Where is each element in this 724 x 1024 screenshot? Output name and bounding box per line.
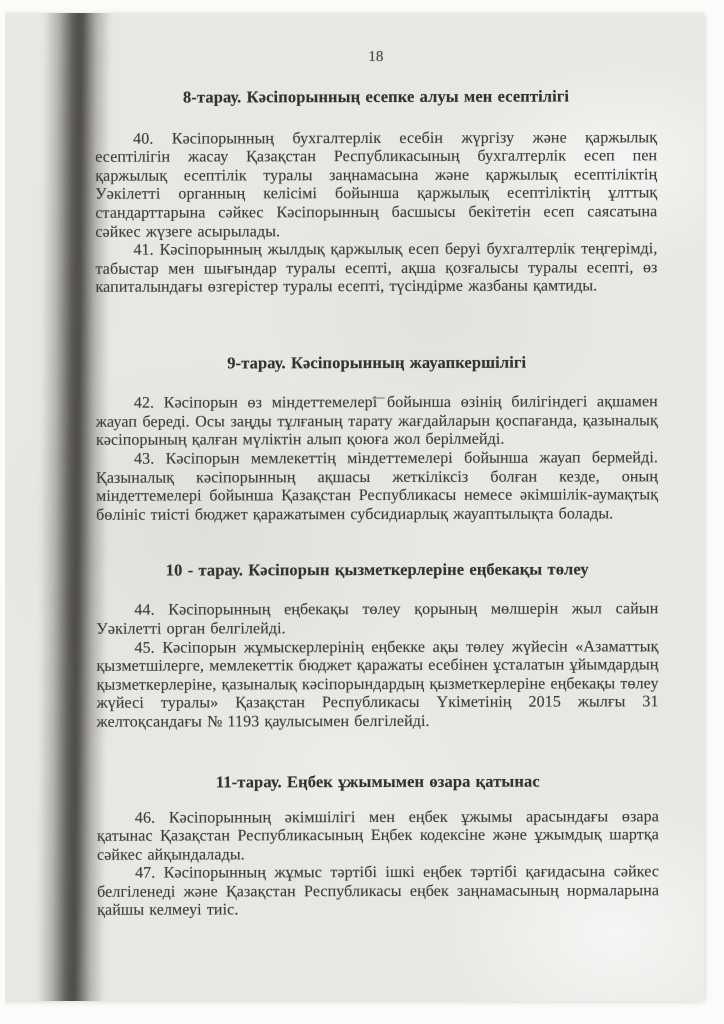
paragraph-44: 44. Кәсіпорынның еңбекақы төлеу қорының … [96,601,658,640]
page-surface: 18 8-тарау. Кәсіпорынның есепке алуы мен… [4,13,704,1001]
scanner-edge-strip [0,0,5,1024]
paragraph-46: 46. Кәсіпорынның әкімшілігі мен еңбек ұж… [97,808,659,865]
scanned-document-page: 18 8-тарау. Кәсіпорынның есепке алуы мен… [0,0,724,1024]
scan-speck [372,397,385,399]
paragraph-41: 41. Кәсіпорынның жылдық қаржылық есеп бе… [95,240,657,315]
chapter-10-heading: 10 - тарау. Кәсіпорын қызметкерлеріне ең… [96,560,658,581]
paragraph-45: 45. Кәсіпорын жұмыскерлерінің еңбекке ақ… [96,638,658,732]
chapter-8-heading: 8-тарау. Кәсіпорынның есепке алуы мен ес… [95,86,657,107]
paragraph-43: 43. Кәсіпорын мемлекеттің міндеттемелері… [96,449,658,525]
scan-speck [284,607,293,609]
document-text: 18 8-тарау. Кәсіпорынның есепке алуы мен… [95,13,659,921]
page-number: 18 [95,47,657,67]
chapter-11-heading: 11-тарау. Еңбек ұжымымен өзара қатынас [97,771,659,792]
paragraph-40: 40. Кәсіпорынның бухгалтерлік есебін жүр… [95,129,657,242]
chapter-9-heading: 9-тарау. Кәсіпорынның жауапкершілігі [96,352,658,373]
paragraph-42: 42. Кәсіпорын өз міндеттемелері бойынша … [96,393,658,450]
paragraph-47: 47. Кәсіпорынның жұмыс тәртібі ішкі еңбе… [97,864,659,921]
